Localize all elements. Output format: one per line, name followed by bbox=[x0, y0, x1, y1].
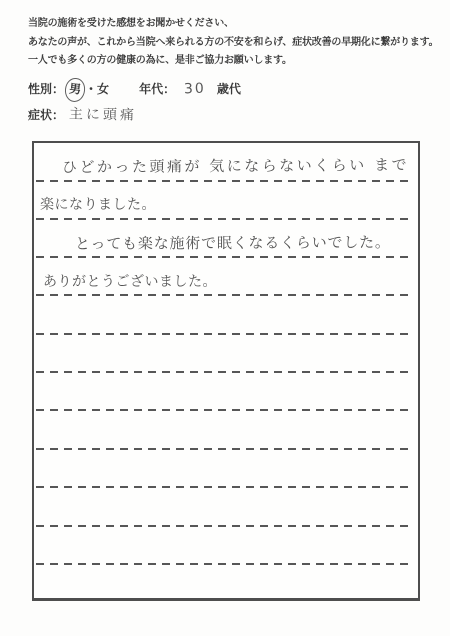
comment-box: ひどかった頭痛が 気にならないくらい まで 楽になりました。 とっても楽な施術で… bbox=[32, 141, 420, 601]
ruled-line bbox=[36, 525, 413, 527]
ruled-line bbox=[36, 486, 413, 488]
comment-line-4: ありがとうございました。 bbox=[43, 270, 217, 294]
comment-line-3: とっても楽な施術で眠くなるくらいでした。 bbox=[75, 230, 391, 256]
ruled-line bbox=[36, 409, 413, 411]
intro-line-1: 当院の施術を受けた感想をお聞かせください、 bbox=[28, 15, 446, 34]
age-label: 年代： bbox=[139, 82, 175, 96]
age-suffix: 歳代 bbox=[217, 82, 241, 96]
ruled-line bbox=[36, 563, 413, 565]
symptom-label: 症状： bbox=[28, 108, 64, 122]
intro-line-3: 一人でも多くの方の健康の為に、是非ご協力お願いします。 bbox=[28, 52, 446, 71]
gender-label: 性別： bbox=[28, 82, 64, 96]
gender-selected-circle-mark: 男 bbox=[64, 77, 86, 103]
ruled-line bbox=[36, 333, 413, 335]
ruled-line bbox=[36, 256, 413, 258]
scanned-feedback-form: 当院の施術を受けた感想をお聞かせください、 あなたの声が、これから当院へ来られる… bbox=[0, 0, 450, 636]
ruled-line bbox=[36, 371, 413, 373]
intro-text: 当院の施術を受けた感想をお聞かせください、 あなたの声が、これから当院へ来られる… bbox=[28, 15, 446, 71]
symptom-row: 症状：主に頭痛 bbox=[28, 104, 137, 126]
ruled-line bbox=[36, 448, 413, 450]
gender-option-male: 男 bbox=[68, 81, 81, 96]
gender-age-row: 性別：男・女年代：30歳代 bbox=[28, 80, 241, 102]
comment-line-2: 楽になりました。 bbox=[40, 193, 156, 217]
ruled-line bbox=[36, 180, 413, 182]
comment-line-1: ひどかった頭痛が 気にならないくらい まで bbox=[62, 153, 409, 179]
ruled-line bbox=[36, 294, 413, 296]
intro-line-2: あなたの声が、これから当院へ来られる方の不安を和らげ、症状改善の早期化に繋がりま… bbox=[28, 34, 446, 53]
ruled-line bbox=[36, 218, 413, 220]
gender-option-female: 女 bbox=[97, 82, 109, 96]
age-value-handwritten: 30 bbox=[184, 81, 206, 98]
gender-separator: ・ bbox=[85, 82, 97, 96]
symptom-value-handwritten: 主に頭痛 bbox=[69, 103, 137, 124]
